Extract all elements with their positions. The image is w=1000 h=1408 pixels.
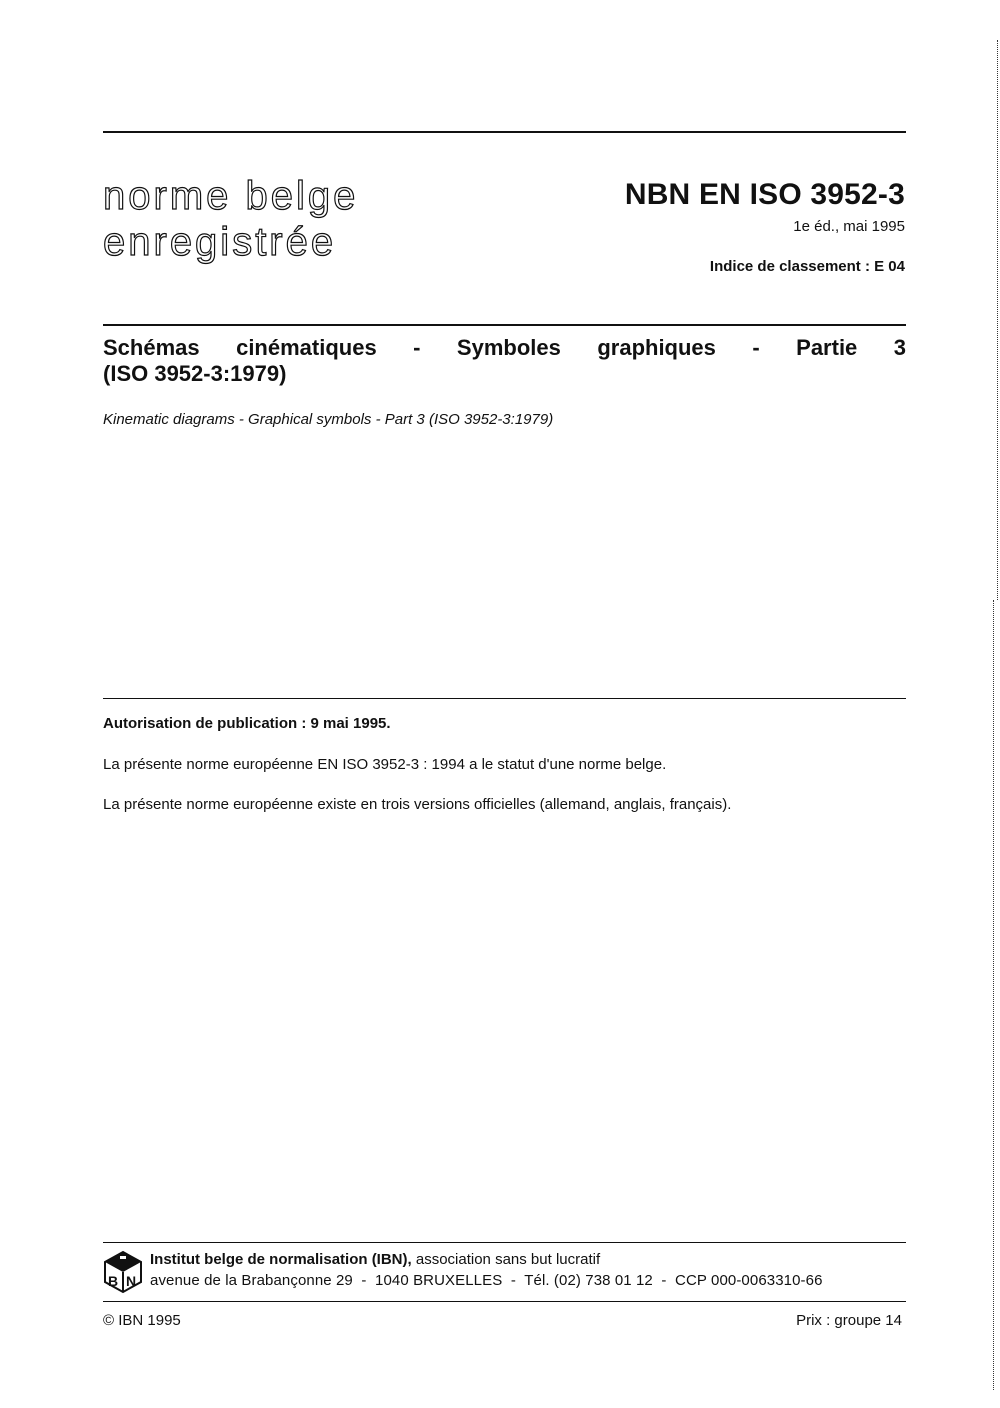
price-group: Prix : groupe 14 <box>796 1312 902 1329</box>
ibn-logo-icon: B N <box>101 1250 145 1294</box>
french-title-line2: (ISO 3952-3:1979) <box>103 361 286 387</box>
scan-edge-artifact <box>997 40 998 600</box>
publication-authorization: Autorisation de publication : 9 mai 1995… <box>103 715 391 732</box>
english-title: Kinematic diagrams - Graphical symbols -… <box>103 411 553 428</box>
french-title-line1: Schémas cinématiques - Symboles graphiqu… <box>103 335 906 361</box>
institute-name: Institut belge de normalisation (IBN), <box>150 1251 412 1268</box>
institute-line: Institut belge de normalisation (IBN), a… <box>150 1251 600 1268</box>
status-paragraph: La présente norme européenne EN ISO 3952… <box>103 756 666 773</box>
footer-bottom-rule <box>103 1301 906 1302</box>
institute-address: avenue de la Brabançonne 29 - 1040 BRUXE… <box>150 1272 823 1289</box>
title-rule <box>103 324 906 326</box>
top-rule <box>103 131 906 133</box>
institute-description: association sans but lucratif <box>412 1251 600 1268</box>
classification-index: Indice de classement : E 04 <box>710 258 905 275</box>
scan-edge-artifact <box>993 600 994 1390</box>
norme-belge-heading-line1: norme belge <box>103 174 358 218</box>
versions-paragraph: La présente norme européenne existe en t… <box>103 796 731 813</box>
norme-belge-heading-line2: enregistrée <box>103 220 336 264</box>
svg-text:B: B <box>108 1273 118 1289</box>
copyright: © IBN 1995 <box>103 1312 181 1329</box>
standard-number: NBN EN ISO 3952-3 <box>625 178 905 212</box>
edition-date: 1e éd., mai 1995 <box>793 218 905 235</box>
footer-top-rule <box>103 1242 906 1243</box>
svg-text:N: N <box>126 1273 136 1289</box>
publication-rule <box>103 698 906 699</box>
